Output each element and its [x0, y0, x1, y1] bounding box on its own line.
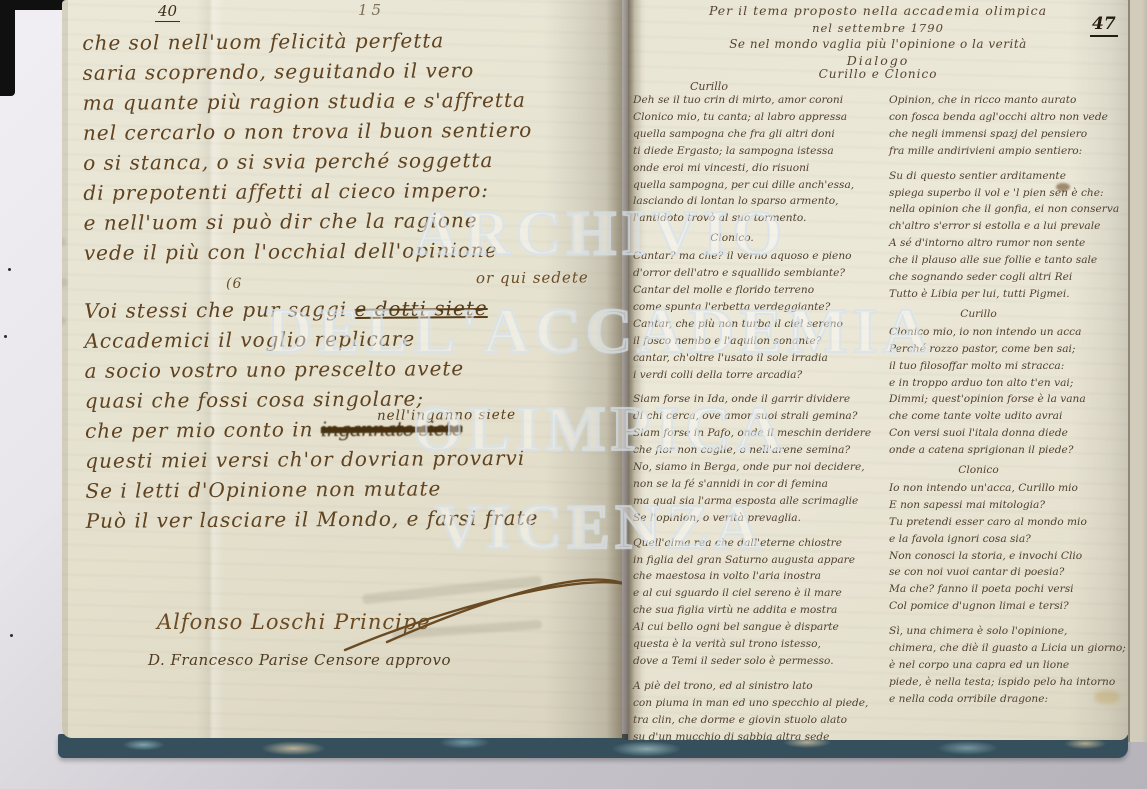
verse-text: che per mio conto in	[85, 417, 321, 443]
page-number-right: 47	[1090, 14, 1118, 37]
bleed-mark	[62, 237, 66, 252]
verse-line: ti diede Ergasto; la sampogna istessa	[633, 143, 891, 160]
manuscript-text-left: che sol nell'uom felicità perfettasaria …	[82, 24, 621, 536]
scanner-edge-left	[0, 6, 15, 96]
signature-censore: D. Francesco Parise Censore approvo	[148, 651, 451, 669]
verse-line	[633, 670, 891, 678]
verse-line: Dimmi; quest'opinion forse è la vana	[889, 391, 1128, 408]
verse-line: spiega superbo il vol e 'l pien sen è ch…	[889, 185, 1128, 202]
verse-line: A sé d'intorno altro rumor non sente	[889, 235, 1128, 252]
verse-line: Se l'opinion, o verità prevaglia.	[633, 510, 891, 527]
verse-line: Cantar del molle e florido terreno	[633, 282, 891, 299]
insertion-row: (6 or qui sedete	[84, 264, 619, 296]
verse-line: i verdi colli della torre arcadia?	[633, 367, 891, 384]
page-stack-edge	[1128, 0, 1147, 742]
verse-line: questa è la verità sul trono istesso,	[633, 636, 891, 653]
verse-block: che sol nell'uom felicità perfettasaria …	[82, 24, 619, 268]
verse-line: Curillo	[889, 303, 1128, 324]
verse-line: non se la fé s'annidi in cor di femina	[633, 476, 891, 493]
verse-line: Opinion, che in ricco manto aurato	[889, 92, 1128, 109]
verse-line: quasi che fossi cosa singolare;	[85, 382, 620, 416]
verse-line: chimera, che diè il guasto a Licia un gi…	[889, 640, 1128, 657]
signature-principe: Alfonso Loschi Principe	[157, 610, 431, 634]
verse-line: che come tante volte udito avrai	[889, 408, 1128, 425]
verse-line: Cantar, che più non turba il ciel sereno	[633, 316, 891, 333]
verse-line: questi miei versi ch'or dovrian provarvi	[85, 442, 620, 476]
ink-blot	[1056, 183, 1070, 191]
verse-line: Non conosci la storia, e invochi Clio	[889, 548, 1128, 565]
verse-line: Clonico.	[633, 227, 891, 248]
verse-line: che il plauso alle sue follie e tanto sa…	[889, 252, 1128, 269]
verse-line: Quell'alma rea che dall'eterne chiostre	[633, 535, 891, 552]
verse-line: cantar, ch'oltre l'usato il sole irradia	[633, 350, 891, 367]
manuscript-scan: 40 15 che sol nell'uom felicità perfetta…	[0, 0, 1147, 789]
verse-line: piede, è nella testa; ispido pelo ha int…	[889, 674, 1128, 691]
verse-column-right: Opinion, che in ricco manto auratocon fo…	[889, 92, 1128, 708]
verse-line: l'antidoto trovò al suo tormento.	[633, 210, 891, 227]
verse-line: Siam forse in Ida, onde il garrir divide…	[633, 391, 891, 408]
verse-line: Perché rozzo pastor, come ben sai;	[889, 341, 1128, 358]
page-number-left: 40	[155, 2, 180, 22]
header-date: nel settembre 1790	[628, 21, 1128, 35]
verse-line: che sognando seder cogli altri Rei	[889, 269, 1128, 286]
bleed-mark	[62, 278, 68, 291]
verse-line: Col pomice d'ugnon limai e tersi?	[889, 598, 1128, 615]
verse-line: Tu pretendi esser caro al mondo mio	[889, 514, 1128, 531]
verse-line: E non sapessi mai mitologia?	[889, 497, 1128, 514]
verse-block: Accademici il voglio replicarea socio vo…	[84, 322, 620, 416]
verse-line: Sì, una chimera è solo l'opinione,	[889, 623, 1128, 640]
verse-line: quella sampogna, per cui dille anch'essa…	[633, 177, 891, 194]
verse-line: come spunta l'erbetta verdeggiante?	[633, 299, 891, 316]
verse-line: Io non intendo un'acca, Curillo mio	[889, 480, 1128, 497]
verse-line: il fosco nembo e l'aquilon sonante?	[633, 333, 891, 350]
verse-line: con fosca benda agl'occhi altro non vede	[889, 109, 1128, 126]
verse-line: Se i letti d'Opinione non mutate	[85, 472, 620, 506]
verse-line: Voi stessi che pur saggi e dotti siete	[84, 292, 619, 326]
verse-line: lasciando di lontan lo sparso armento,	[633, 193, 891, 210]
struck-text: e dotti siete	[354, 296, 487, 321]
verse-line	[889, 615, 1128, 623]
verse-line: ma quante più ragion studia e s'affretta	[83, 84, 618, 118]
verse-line: Cantar? ma che? il verno aquoso e pieno	[633, 248, 891, 265]
verse-line: il tuo filosoffar molto mi stracca:	[889, 358, 1128, 375]
speck	[10, 634, 13, 637]
verse-line: Deh se il tuo crin di mirto, amor coroni	[633, 92, 891, 109]
verse-line: dove a Temi il seder solo è permesso.	[633, 653, 891, 670]
verse-line: Siam forse in Pafo, onde il meschin deri…	[633, 425, 891, 442]
verse-line: che per mio conto in ingannato siete nel…	[85, 412, 620, 446]
verse-line: che negli immensi spazj del pensiero	[889, 126, 1128, 143]
verse-line: Con versi suoi l'itala donna diede	[889, 425, 1128, 442]
interline-insertion: nell'inganno siete	[377, 400, 516, 431]
verse-line: è nel corpo una capra ed un lione	[889, 657, 1128, 674]
verse-text: Voi stessi che pur saggi	[84, 297, 354, 323]
verse-line: Al cui bello ogni bel sangue è disparte	[633, 619, 891, 636]
verse-line: che fior non coglie, o nell'arene semina…	[633, 442, 891, 459]
verse-line	[633, 383, 891, 391]
verse-line: che maestosa in volto l'aria inostra	[633, 568, 891, 585]
verse-line: nella opinion che il gonfia, ei non cons…	[889, 201, 1128, 218]
verse-line: fra mille andirivieni ampio sentiero:	[889, 143, 1128, 160]
verse-line: nel cercarlo o non trova il buon sentier…	[83, 114, 618, 148]
verse-line: e la favola ignori cosa sia?	[889, 531, 1128, 548]
verse-line: Clonico mio, tu canta; al labro appressa	[633, 109, 891, 126]
verse-line: quella sampogna che fra gli altri doni	[633, 126, 891, 143]
verse-line: che sol nell'uom felicità perfetta	[82, 24, 617, 58]
verse-line: Accademici il voglio replicare	[84, 322, 619, 356]
verse-line: con piuma in man ed uno specchio al pied…	[633, 695, 891, 712]
bleed-mark	[62, 316, 66, 332]
verse-line: saria scoprendo, seguitando il vero	[82, 54, 617, 88]
speck	[8, 268, 11, 271]
header-question: Se nel mondo vaglia più l'opinione o la …	[628, 37, 1128, 51]
verse-line: a socio vostro uno prescelto avete	[85, 352, 620, 386]
header-characters: Curillo e Clonico	[628, 67, 1128, 81]
verse-column-left: Deh se il tuo crin di mirto, amor coroni…	[633, 92, 891, 740]
verse-line: o si stanca, o si svia perché soggetta	[83, 144, 618, 178]
verse-line	[889, 160, 1128, 168]
verse-line: onde a catena sprigionan il piede?	[889, 442, 1128, 459]
verse-line: ch'altro s'error si estolla e a lui prev…	[889, 218, 1128, 235]
verse-line: A piè del trono, ed al sinistro lato	[633, 678, 891, 695]
verse-line: Su di questo sentier arditamente	[889, 168, 1128, 185]
verse-line: e in troppo arduo ton alto t'en vai;	[889, 375, 1128, 392]
interline-insertion: or qui sedete	[476, 262, 589, 293]
verse-line: ma qual sia l'arma esposta alle scrimagl…	[633, 493, 891, 510]
verse-line: d'orror dell'atro e squallido sembiante?	[633, 265, 891, 282]
header-theme: Per il tema proposto nella accademia oli…	[628, 3, 1128, 18]
right-page: Per il tema proposto nella accademia oli…	[628, 0, 1128, 740]
verse-line: su d'un mucchio di sabbia altra sede	[633, 729, 891, 740]
verse-line: Clonico	[889, 459, 1128, 480]
verse-line: Ma che? fanno il poeta pochi versi	[889, 581, 1128, 598]
speck	[4, 335, 7, 338]
paper-stain	[1094, 690, 1120, 704]
verse-line: tra clin, che dorme e giovin stuolo alat…	[633, 712, 891, 729]
verse-line: di chi cerca, ove amor suoi strali gemin…	[633, 408, 891, 425]
verse-line: se con noi vuoi cantar di poesia?	[889, 564, 1128, 581]
folio-mark: 15	[358, 1, 385, 19]
left-page: 40 15 che sol nell'uom felicità perfetta…	[62, 0, 622, 738]
verse-line: Clonico mio, io non intendo un acca	[889, 324, 1128, 341]
verse-line: in figlia del gran Saturno augusta appar…	[633, 552, 891, 569]
verse-line: Può il ver lasciare il Mondo, e farsi fr…	[86, 502, 621, 536]
verse-line: che sua figlia virtù ne addita e mostra	[633, 602, 891, 619]
verse-block: questi miei versi ch'or dovrian provarvi…	[85, 442, 621, 536]
verse-line: onde eroi mi vincesti, dio risuoni	[633, 160, 891, 177]
verse-line: e nell'uom si può dir che la ragione	[83, 204, 618, 238]
verse-line	[633, 527, 891, 535]
verse-line: di prepotenti affetti al cieco impero:	[83, 174, 618, 208]
verse-line: e nella coda orribile dragone:	[889, 691, 1128, 708]
verse-line: Tutto è Libia per lui, tutti Pigmei.	[889, 286, 1128, 303]
verse-line: e al cui sguardo il ciel sereno è il mar…	[633, 585, 891, 602]
header-dialogo: Dialogo	[628, 53, 1128, 68]
verse-line: No, siamo in Berga, onde pur noi decider…	[633, 459, 891, 476]
